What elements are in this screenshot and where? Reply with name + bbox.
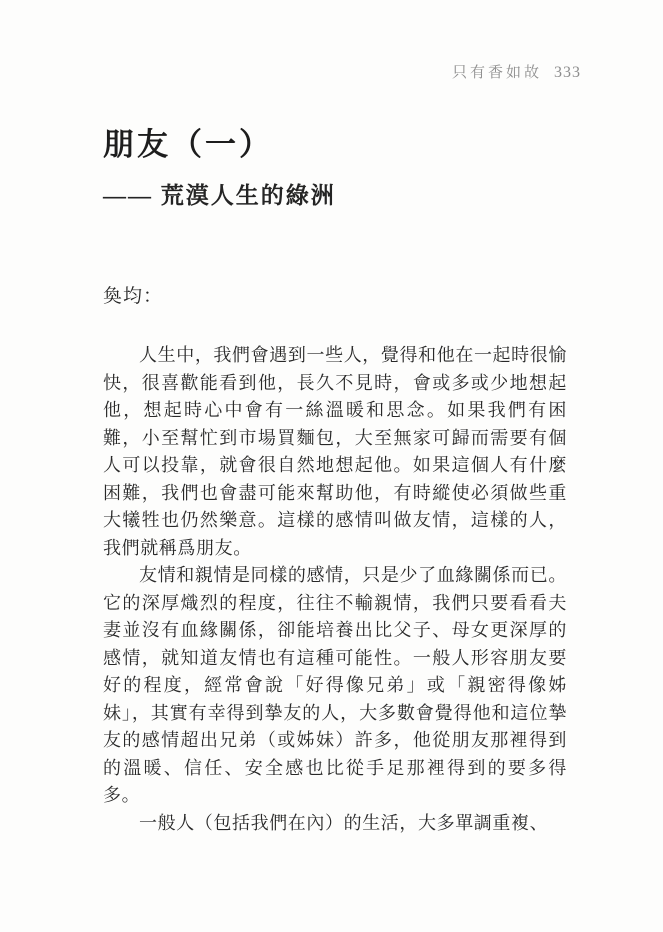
running-header-book-title: 只有香如故 bbox=[452, 65, 542, 81]
body-paragraph-1: 人生中，我們會遇到一些人，覺得和他在一起時很愉快，很喜歡能看到他，長久不見時，會… bbox=[103, 342, 567, 562]
chapter-subtitle: —— 荒漠人生的綠洲 bbox=[103, 181, 336, 211]
body-paragraph-3: 一般人（包括我們在內）的生活，大多單調重複、 bbox=[103, 810, 567, 838]
body-paragraph-2: 友情和親情是同樣的感情，只是少了血緣關係而已。它的深厚熾烈的程度，往往不輸親情，… bbox=[103, 562, 567, 810]
running-header: 只有香如故333 bbox=[452, 61, 581, 82]
page-number: 333 bbox=[554, 64, 581, 81]
chapter-title: 朋友（一） bbox=[103, 126, 273, 163]
book-page: 只有香如故333 朋友（一） —— 荒漠人生的綠洲 奐均： 人生中，我們會遇到一… bbox=[0, 0, 663, 932]
salutation: 奐均： bbox=[103, 281, 163, 308]
body-text-block: 人生中，我們會遇到一些人，覺得和他在一起時很愉快，很喜歡能看到他，長久不見時，會… bbox=[103, 342, 567, 837]
